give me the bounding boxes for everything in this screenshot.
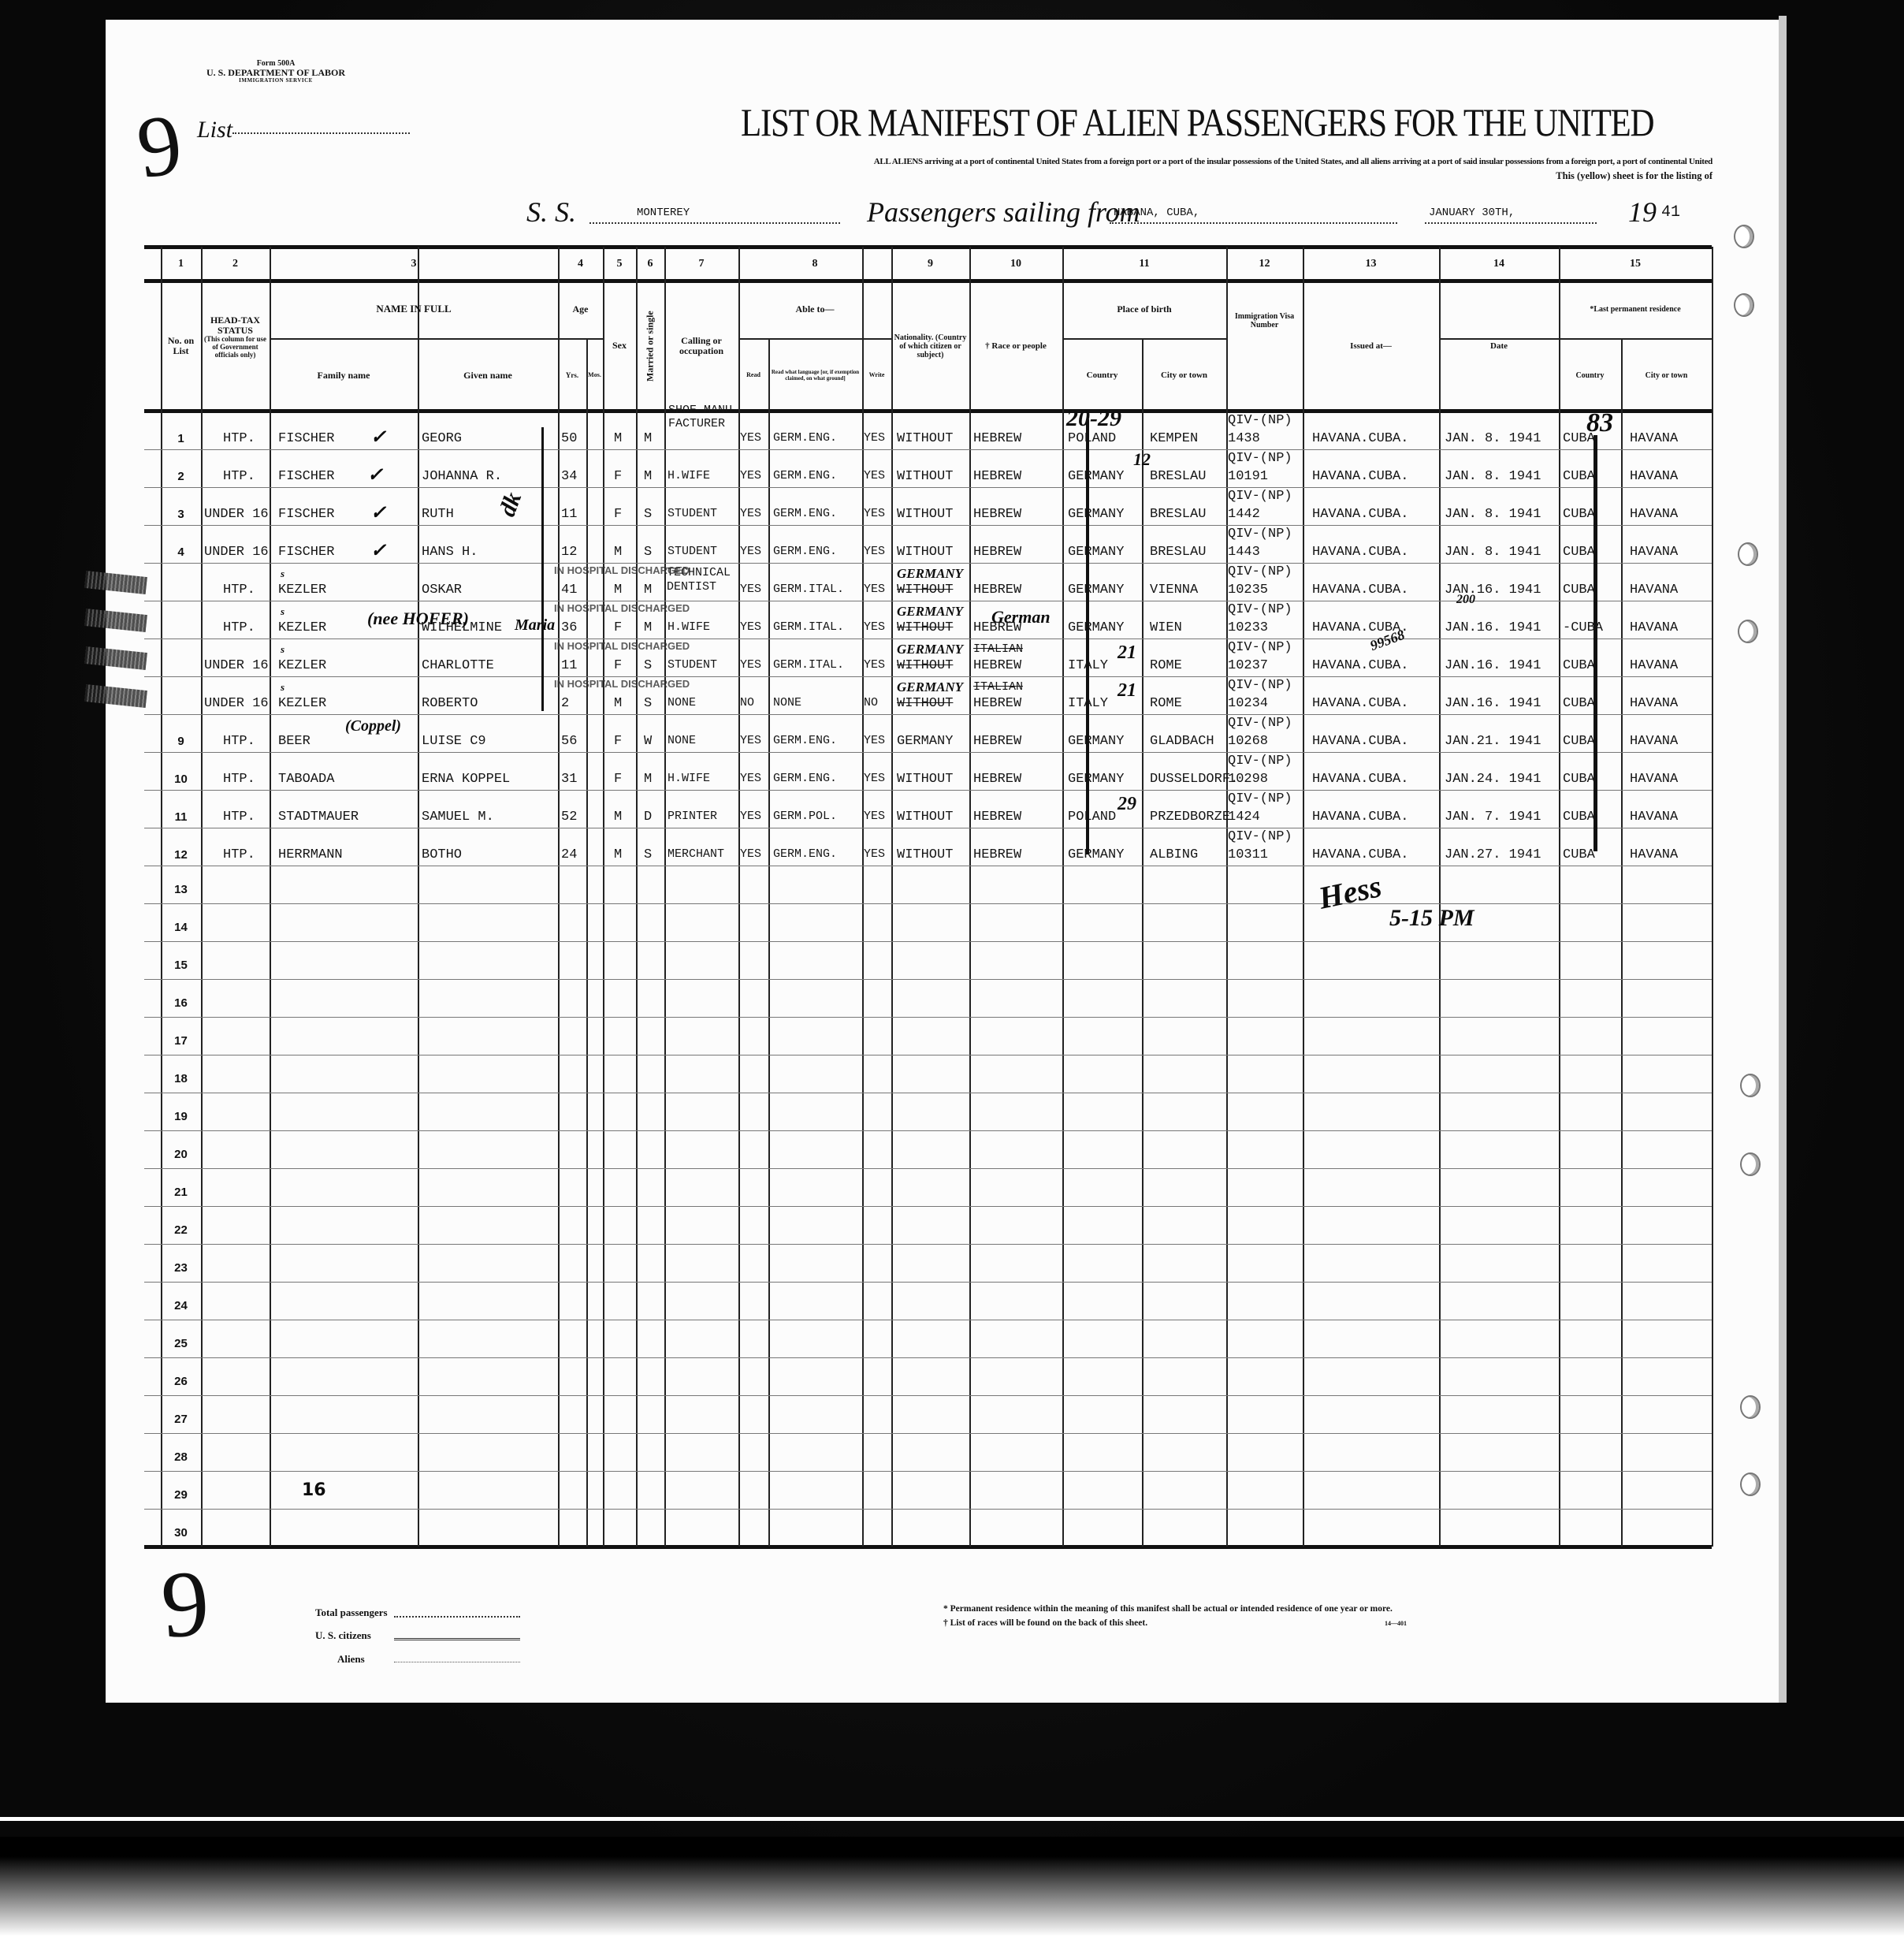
table-row-empty bbox=[144, 1130, 1712, 1168]
table-row-empty bbox=[144, 1055, 1712, 1093]
punch-hole bbox=[1740, 1395, 1761, 1419]
row-number: 1 bbox=[161, 432, 201, 445]
checkmark: ✓ bbox=[370, 539, 386, 562]
sex: F bbox=[614, 621, 622, 635]
sex: M bbox=[614, 432, 622, 445]
age-years: 52 bbox=[561, 810, 577, 824]
can-write: YES bbox=[864, 432, 885, 444]
punch-hole bbox=[1740, 1074, 1761, 1097]
residence-country: CUBA bbox=[1563, 583, 1595, 597]
header-nationality: Nationality. (Country of which citizen o… bbox=[891, 281, 969, 411]
visa-date: JAN.21. 1941 bbox=[1445, 735, 1541, 748]
age-years: 41 bbox=[561, 583, 577, 597]
year-prefix: 19 bbox=[1628, 195, 1657, 229]
row-number: 17 bbox=[161, 1034, 201, 1048]
occupation: MERCHANT bbox=[668, 848, 724, 860]
column-number: 3 bbox=[270, 247, 558, 281]
nationality: WITHOUT bbox=[897, 810, 953, 824]
can-read: YES bbox=[740, 508, 761, 519]
header-issued-at: Issued at— bbox=[1303, 281, 1439, 411]
head-tax-status: HTP. bbox=[223, 470, 255, 483]
residence-city: HAVANA bbox=[1630, 583, 1678, 597]
visa-prefix: QIV-(NP) bbox=[1228, 490, 1292, 503]
can-read: YES bbox=[740, 621, 761, 633]
table-row-empty bbox=[144, 1433, 1712, 1471]
head-tax-status: HTP. bbox=[223, 583, 255, 597]
can-write: YES bbox=[864, 735, 885, 746]
race: HEBREW bbox=[973, 735, 1021, 748]
visa-prefix: QIV-(NP) bbox=[1228, 792, 1292, 806]
table-row-empty bbox=[144, 866, 1712, 903]
table-row-empty bbox=[144, 1395, 1712, 1433]
visa-prefix: QIV-(NP) bbox=[1228, 414, 1292, 427]
residence-city: HAVANA bbox=[1630, 735, 1678, 748]
column-number: 2 bbox=[201, 247, 270, 281]
head-tax-status: UNDER 16 bbox=[204, 545, 269, 559]
occupation: H.WIFE bbox=[668, 621, 710, 633]
nationality: WITHOUT bbox=[897, 697, 953, 710]
header-birth-country: Country bbox=[1062, 340, 1142, 411]
head-tax-status: UNDER 16 bbox=[204, 508, 269, 521]
column-divider bbox=[1712, 247, 1713, 1547]
visa-issued-at: HAVANA.CUBA. bbox=[1312, 735, 1408, 748]
header-place-of-birth: Place of birth bbox=[1062, 281, 1226, 338]
read-language: GERM.POL. bbox=[773, 810, 837, 822]
birth-country: GERMANY bbox=[1068, 470, 1124, 483]
birth-city: BRESLAU bbox=[1150, 508, 1206, 521]
row-number: 19 bbox=[161, 1110, 201, 1123]
punch-hole bbox=[1738, 620, 1758, 643]
visa-prefix: QIV-(NP) bbox=[1228, 679, 1292, 692]
birth-city: VIENNA bbox=[1150, 583, 1198, 597]
birth-city: PRZEDBORZE bbox=[1150, 810, 1230, 824]
header-head-tax-note: (This column for use of Government offic… bbox=[201, 336, 270, 407]
annotation-stamp: IN HOSPITAL DISCHARGED bbox=[554, 678, 690, 690]
nationality: WITHOUT bbox=[897, 583, 953, 597]
correction-mark: s bbox=[281, 681, 284, 694]
read-language: GERM.ITAL. bbox=[773, 583, 844, 595]
row-number: 27 bbox=[161, 1413, 201, 1426]
subtitle: ALL ALIENS arriving at a port of contine… bbox=[436, 155, 1712, 183]
read-language: GERM.ITAL. bbox=[773, 659, 844, 671]
read-language: GERM.ENG. bbox=[773, 773, 837, 784]
nationality: WITHOUT bbox=[897, 470, 953, 483]
visa-number: 10233 bbox=[1228, 621, 1268, 635]
column-number: 15 bbox=[1559, 247, 1712, 281]
row-number: 9 bbox=[161, 735, 201, 748]
row-number: 15 bbox=[161, 959, 201, 972]
birth-country: POLAND bbox=[1068, 810, 1116, 824]
given-name: JOHANNA R. bbox=[422, 470, 502, 483]
header-write: Write bbox=[862, 340, 891, 411]
checkmark: ✓ bbox=[370, 426, 386, 449]
visa-number: 10235 bbox=[1228, 583, 1268, 597]
row-number: 13 bbox=[161, 883, 201, 896]
column-number: 9 bbox=[891, 247, 969, 281]
header-res-city: City or town bbox=[1621, 340, 1712, 411]
header-birth-city: City or town bbox=[1142, 340, 1226, 411]
page-title: LIST OR MANIFEST OF ALIEN PASSENGERS FOR… bbox=[741, 99, 1653, 145]
header-mos: Mos. bbox=[586, 340, 603, 411]
row-number: 26 bbox=[161, 1375, 201, 1388]
race-struck: ITALIAN bbox=[973, 681, 1023, 693]
header-no-on-list: No. on List bbox=[161, 281, 201, 411]
residence-country: CUBA bbox=[1563, 810, 1595, 824]
header-married-single: Married or single bbox=[636, 281, 664, 411]
residence-city: HAVANA bbox=[1630, 659, 1678, 672]
birth-country: GERMANY bbox=[1068, 545, 1124, 559]
checkmark: ✓ bbox=[367, 464, 383, 486]
race: HEBREW bbox=[973, 773, 1021, 786]
marital-status: D bbox=[644, 810, 652, 824]
birth-note: 21 bbox=[1117, 642, 1136, 664]
form-header: Form 500A U. S. DEPARTMENT OF LABOR IMMI… bbox=[197, 59, 355, 84]
can-read: YES bbox=[740, 848, 761, 860]
table-row-empty bbox=[144, 1168, 1712, 1206]
family-name: HERRMANN bbox=[278, 848, 343, 862]
family-name: KEZLER bbox=[278, 621, 326, 635]
marital-status: S bbox=[644, 848, 652, 862]
annotation-stamp: IN HOSPITAL DISCHARGED bbox=[554, 640, 690, 652]
sailing-label: Passengers sailing from bbox=[867, 195, 1140, 229]
visa-number: 1438 bbox=[1228, 432, 1260, 445]
read-language: GERM.ITAL. bbox=[773, 621, 844, 633]
age-years: 11 bbox=[561, 659, 577, 672]
birth-note: 12 bbox=[1133, 449, 1151, 470]
header-read: Read bbox=[738, 340, 768, 411]
residence-city: HAVANA bbox=[1630, 848, 1678, 862]
visa-prefix: QIV-(NP) bbox=[1228, 565, 1292, 579]
family-name: STADTMAUER bbox=[278, 810, 359, 824]
can-write: YES bbox=[864, 810, 885, 822]
birth-city: GLADBACH bbox=[1150, 735, 1214, 748]
occupation: SHOE MANU- FACTURER bbox=[668, 404, 739, 430]
occupation: STUDENT bbox=[668, 508, 717, 519]
service: IMMIGRATION SERVICE bbox=[197, 78, 355, 84]
correction-mark: s bbox=[281, 568, 284, 580]
can-read: YES bbox=[740, 432, 761, 444]
read-language: NONE bbox=[773, 697, 801, 709]
residence-city: HAVANA bbox=[1630, 773, 1678, 786]
visa-issued-at: HAVANA.CUBA. bbox=[1312, 470, 1408, 483]
can-read: YES bbox=[740, 735, 761, 746]
header-given-name: Given name bbox=[418, 340, 558, 411]
row-number: 16 bbox=[161, 996, 201, 1010]
head-tax-status: UNDER 16 bbox=[204, 659, 269, 672]
given-name: ROBERTO bbox=[422, 697, 478, 710]
given-name: GEORG bbox=[422, 432, 462, 445]
visa-date: JAN. 8. 1941 bbox=[1445, 508, 1541, 521]
marital-status: M bbox=[644, 621, 652, 635]
table-row-empty bbox=[144, 1244, 1712, 1282]
age-years: 11 bbox=[561, 508, 577, 521]
can-read: YES bbox=[740, 810, 761, 822]
table-row-empty bbox=[144, 1282, 1712, 1320]
can-read: YES bbox=[740, 773, 761, 784]
visa-number: 1442 bbox=[1228, 508, 1260, 521]
occupation: H.WIFE bbox=[668, 773, 710, 784]
table-row-empty bbox=[144, 1017, 1712, 1055]
can-write: YES bbox=[864, 659, 885, 671]
row-number: 14 bbox=[161, 921, 201, 934]
visa-number: 10234 bbox=[1228, 697, 1268, 710]
column-number: 14 bbox=[1439, 247, 1559, 281]
sex: F bbox=[614, 735, 622, 748]
given-name: BOTHO bbox=[422, 848, 462, 862]
nationality-correction: GERMANY bbox=[897, 642, 963, 657]
visa-date: JAN.16. 1941 bbox=[1445, 659, 1541, 672]
can-read: YES bbox=[740, 583, 761, 595]
race-struck: ITALIAN bbox=[973, 643, 1023, 655]
nationality-correction: GERMANY bbox=[897, 679, 963, 695]
occupation: H.WIFE bbox=[668, 470, 710, 482]
age-years: 31 bbox=[561, 773, 577, 786]
visa-date: JAN.24. 1941 bbox=[1445, 773, 1541, 786]
head-tax-status: HTP. bbox=[223, 621, 255, 635]
row-number: 24 bbox=[161, 1299, 201, 1312]
ship-name: MONTEREY bbox=[637, 207, 690, 219]
residence-country: CUBA bbox=[1563, 735, 1595, 748]
sex: M bbox=[614, 810, 622, 824]
birth-country: GERMANY bbox=[1068, 735, 1124, 748]
nationality: WITHOUT bbox=[897, 848, 953, 862]
nationality: GERMANY bbox=[897, 735, 953, 748]
print-code: 14—401 bbox=[1385, 1620, 1407, 1627]
residence-country: CUBA bbox=[1563, 470, 1595, 483]
age-years: 24 bbox=[561, 848, 577, 862]
manifest-table: 123456789101112131415No. on ListHEAD-TAX… bbox=[144, 247, 1712, 1547]
race: HEBREW bbox=[973, 697, 1021, 710]
birth-city: ROME bbox=[1150, 697, 1182, 710]
row-number: 30 bbox=[161, 1526, 201, 1539]
race: HEBREW bbox=[973, 659, 1021, 672]
residence-country: CUBA bbox=[1563, 508, 1595, 521]
can-write: YES bbox=[864, 583, 885, 595]
birth-note: 29 bbox=[1117, 794, 1136, 815]
punch-hole bbox=[1740, 1472, 1761, 1496]
visa-date: JAN. 8. 1941 bbox=[1445, 470, 1541, 483]
row-number: 2 bbox=[161, 470, 201, 483]
ink-line bbox=[1593, 435, 1597, 851]
header-race: † Race or people bbox=[969, 281, 1062, 411]
occupation: STUDENT bbox=[668, 545, 717, 557]
age-years: 50 bbox=[561, 432, 577, 445]
sex: F bbox=[614, 659, 622, 672]
footnote-races: † List of races will be found on the bac… bbox=[943, 1618, 1147, 1628]
can-write: YES bbox=[864, 773, 885, 784]
ink-line bbox=[541, 427, 544, 711]
sex: M bbox=[614, 848, 622, 862]
marital-status: W bbox=[644, 735, 652, 748]
can-read: YES bbox=[740, 545, 761, 557]
subtitle-line: This (yellow) sheet is for the listing o… bbox=[436, 169, 1712, 183]
visa-number: 10191 bbox=[1228, 470, 1268, 483]
head-tax-status: HTP. bbox=[223, 848, 255, 862]
header-able-to: Able to— bbox=[738, 281, 891, 338]
occupation: NONE bbox=[668, 697, 696, 709]
race-correction: German bbox=[991, 607, 1051, 627]
ship-label: S. S. bbox=[526, 195, 576, 229]
visa-prefix: QIV-(NP) bbox=[1228, 717, 1292, 730]
residence-city: HAVANA bbox=[1630, 810, 1678, 824]
row-number: 29 bbox=[161, 1488, 201, 1502]
row-number: 21 bbox=[161, 1186, 201, 1199]
row-number: 22 bbox=[161, 1223, 201, 1237]
visa-prefix: QIV-(NP) bbox=[1228, 527, 1292, 541]
residence-city: HAVANA bbox=[1630, 470, 1678, 483]
column-number: 7 bbox=[664, 247, 738, 281]
nationality: WITHOUT bbox=[897, 432, 953, 445]
family-name: TABOADA bbox=[278, 773, 334, 786]
column-number: 10 bbox=[969, 247, 1062, 281]
table-row-empty bbox=[144, 1320, 1712, 1357]
correction-mark: s bbox=[281, 643, 284, 656]
subtitle-line: ALL ALIENS arriving at a port of contine… bbox=[436, 155, 1712, 169]
column-number: 8 bbox=[738, 247, 891, 281]
header-age: Age bbox=[558, 281, 603, 338]
list-label: List bbox=[197, 117, 232, 143]
visa-number: 10298 bbox=[1228, 773, 1268, 786]
family-name-note: (nee HOFER) bbox=[367, 609, 469, 629]
read-language: GERM.ENG. bbox=[773, 470, 837, 482]
row-number: 20 bbox=[161, 1148, 201, 1161]
column-number: 4 bbox=[558, 247, 603, 281]
birth-country: GERMANY bbox=[1068, 583, 1124, 597]
race: HEBREW bbox=[973, 470, 1021, 483]
marital-status: M bbox=[644, 773, 652, 786]
family-name: FISCHER bbox=[278, 508, 334, 521]
punch-hole bbox=[1738, 542, 1758, 566]
list-blank-line bbox=[232, 132, 410, 134]
can-write: YES bbox=[864, 848, 885, 860]
race: HEBREW bbox=[973, 508, 1021, 521]
nationality: WITHOUT bbox=[897, 508, 953, 521]
row-number: 3 bbox=[161, 508, 201, 521]
header-sex: Sex bbox=[603, 281, 636, 411]
table-row-empty bbox=[144, 1093, 1712, 1130]
scanner-fade bbox=[0, 1837, 1904, 1936]
birth-note: 21 bbox=[1117, 680, 1136, 702]
family-name: KEZLER bbox=[278, 583, 326, 597]
birth-city: ALBING bbox=[1150, 848, 1198, 862]
header-res-country: Country bbox=[1559, 340, 1621, 411]
column-number: 12 bbox=[1226, 247, 1303, 281]
header-last-residence: *Last permanent residence bbox=[1559, 281, 1712, 338]
visa-prefix: QIV-(NP) bbox=[1228, 603, 1292, 616]
us-citizens-label: U. S. citizens bbox=[315, 1629, 371, 1642]
head-tax-status: HTP. bbox=[223, 432, 255, 445]
birth-country: GERMANY bbox=[1068, 773, 1124, 786]
header-head-tax: HEAD-TAX STATUS bbox=[201, 281, 270, 336]
column-number: 5 bbox=[603, 247, 636, 281]
row-number: 25 bbox=[161, 1337, 201, 1350]
marital-status: S bbox=[644, 697, 652, 710]
signature-time: 5-15 PM bbox=[1389, 905, 1474, 932]
marital-status: S bbox=[644, 659, 652, 672]
sex: F bbox=[614, 470, 622, 483]
can-write: YES bbox=[864, 508, 885, 519]
visa-prefix: QIV-(NP) bbox=[1228, 641, 1292, 654]
birth-country: GERMANY bbox=[1068, 621, 1124, 635]
sex: M bbox=[614, 583, 622, 597]
table-row-empty bbox=[144, 1357, 1712, 1395]
residence-city: HAVANA bbox=[1630, 697, 1678, 710]
visa-issued-at: HAVANA.CUBA. bbox=[1312, 659, 1408, 672]
visa-date: JAN. 7. 1941 bbox=[1445, 810, 1541, 824]
visa-issued-at: HAVANA.CUBA. bbox=[1312, 773, 1408, 786]
occupation: PRINTER bbox=[668, 810, 717, 822]
can-read: YES bbox=[740, 470, 761, 482]
given-name: ERNA KOPPEL bbox=[422, 773, 510, 786]
birth-city: BRESLAU bbox=[1150, 545, 1206, 559]
header-visa-number: Immigration Visa Number bbox=[1226, 281, 1303, 411]
ink-line bbox=[1086, 419, 1089, 854]
sex: M bbox=[614, 697, 622, 710]
visa-number: 1424 bbox=[1228, 810, 1260, 824]
header-date: Date bbox=[1439, 281, 1559, 411]
marital-status: M bbox=[644, 583, 652, 597]
table-row-empty bbox=[144, 1509, 1712, 1547]
nationality: WITHOUT bbox=[897, 659, 953, 672]
family-name: BEER bbox=[278, 735, 311, 748]
checkmark: ✓ bbox=[370, 501, 386, 524]
total-passengers-label: Total passengers bbox=[315, 1607, 388, 1619]
table-row-empty bbox=[144, 979, 1712, 1017]
column-number: 11 bbox=[1062, 247, 1226, 281]
visa-issued-at: HAVANA.CUBA. bbox=[1312, 848, 1408, 862]
race: HEBREW bbox=[973, 583, 1021, 597]
head-tax-status: UNDER 16 bbox=[204, 697, 269, 710]
row-number: 11 bbox=[161, 810, 201, 824]
occupation: STUDENT bbox=[668, 659, 717, 671]
nationality: WITHOUT bbox=[897, 545, 953, 559]
residence-city: HAVANA bbox=[1630, 508, 1678, 521]
annotation-stamp: IN HOSPITAL DISCHARGED bbox=[554, 602, 690, 614]
paper-edge bbox=[1779, 16, 1787, 1703]
table-row-empty bbox=[144, 1471, 1712, 1509]
birth-country: POLAND bbox=[1068, 432, 1116, 445]
row-number: 10 bbox=[161, 773, 201, 786]
can-read: NO bbox=[740, 697, 754, 709]
occupation: NONE bbox=[668, 735, 696, 746]
visa-number: 1443 bbox=[1228, 545, 1260, 559]
age-years: 34 bbox=[561, 470, 577, 483]
visa-number: 10268 bbox=[1228, 735, 1268, 748]
family-name: FISCHER bbox=[278, 432, 334, 445]
can-write: YES bbox=[864, 545, 885, 557]
race: HEBREW bbox=[973, 545, 1021, 559]
given-name: LUISE C9 bbox=[422, 735, 486, 748]
table-row-empty bbox=[144, 903, 1712, 941]
family-name: KEZLER bbox=[278, 697, 326, 710]
row-number: 18 bbox=[161, 1072, 201, 1085]
header-calling: Calling or occupation bbox=[664, 281, 738, 411]
column-number: 13 bbox=[1303, 247, 1439, 281]
given-name: RUTH bbox=[422, 508, 454, 521]
residence-city: HAVANA bbox=[1630, 432, 1678, 445]
family-name: FISCHER bbox=[278, 470, 334, 483]
residence-country: CUBA bbox=[1563, 773, 1595, 786]
annotation-stamp: IN HOSPITAL DISCHARGED bbox=[554, 564, 690, 576]
head-tax-status: HTP. bbox=[223, 735, 255, 748]
can-write: NO bbox=[864, 697, 878, 709]
birth-country: GERMANY bbox=[1068, 848, 1124, 862]
residence-country: CUBA bbox=[1563, 545, 1595, 559]
visa-prefix: QIV-(NP) bbox=[1228, 452, 1292, 465]
header-yrs: Yrs. bbox=[558, 340, 586, 411]
age-years: 56 bbox=[561, 735, 577, 748]
residence-city: HAVANA bbox=[1630, 545, 1678, 559]
